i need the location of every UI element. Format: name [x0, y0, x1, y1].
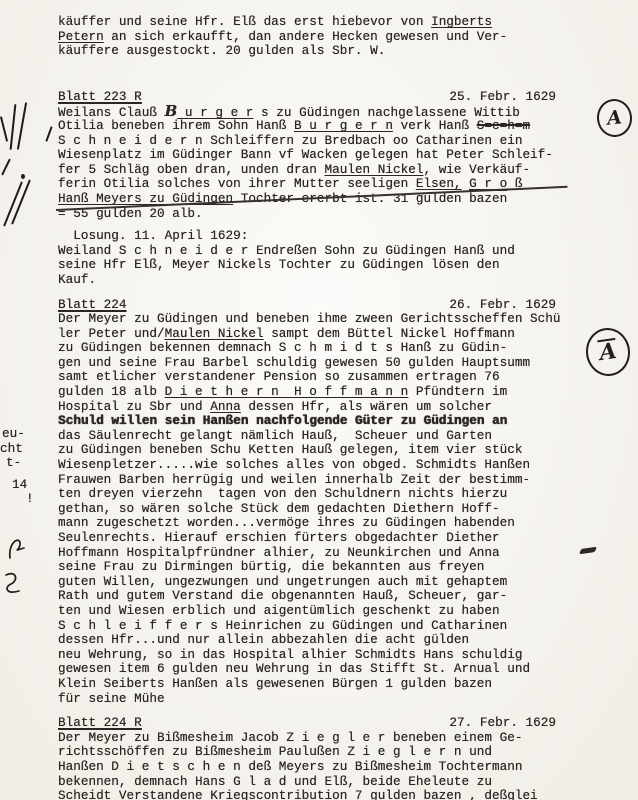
text-segment: ten dreyen vierzehn tagen von den Schuld… [58, 486, 507, 501]
text-segment: Der Meyer zu Güdingen und beneben ihme z… [58, 311, 561, 326]
text-line: = 55 gulden 20 alb. [58, 207, 570, 222]
entry-heading: Blatt 224 R [58, 716, 142, 731]
text-line: gewesen item 6 gulden neu Wehrung in das… [58, 662, 570, 677]
text-line: Rath und gutem Verstand die obgenannten … [58, 589, 570, 604]
text-line: für seine Mühe [58, 692, 570, 707]
text-segment: D i e t h e r n H o f f m a n n [165, 384, 409, 399]
text-segment: Klein Seiberts Hanßen als gewesenen Bürg… [58, 676, 492, 691]
text-line: gen und seine Frau Barbel schuldig gewes… [58, 356, 570, 371]
text-segment: Pfündtern im [408, 384, 507, 399]
text-segment: neu Wehrung, so in das Hospital alhier S… [58, 647, 522, 662]
text-segment: Kauf. [58, 272, 96, 287]
text-segment: Otilia beneben ihrem Sohn Hanß [58, 118, 294, 133]
text-segment: verk Hanß [393, 118, 477, 133]
entry-heading: Blatt 223 R [58, 90, 142, 105]
text-line: Hoffmann Hospitalpfründner alhier, zu Ne… [58, 546, 570, 561]
text-segment: sampt dem Büttel Nickel Hoffmann [264, 326, 515, 341]
text-line: S c h l e i f f e r s Heinrichen zu Güdi… [58, 619, 570, 634]
text-line: das Säulenrecht gelangt nämlich Hauß, Sc… [58, 429, 570, 444]
text-line: guten Willen, ungezwungen und ungetrunge… [58, 575, 570, 590]
text-segment: S=c=h=m [477, 118, 530, 133]
text-line: ler Peter und/Maulen Nickel sampt dem Bü… [58, 327, 570, 342]
text-segment: dessen Hfr...und nur allein abbezahlen d… [58, 632, 469, 647]
text-segment: Wiesenpletzer.....wie solches alles von … [58, 457, 530, 472]
text-segment: Petern [58, 29, 104, 44]
text-segment: mann zugeschetzt worden...vermöge ihres … [58, 515, 515, 530]
ink-smudge [579, 547, 597, 555]
text-line: Hospital zu Sbr und Anna dessen Hfr, als… [58, 400, 570, 415]
text-segment: Rath und gutem Verstand die obgenannten … [58, 588, 507, 603]
text-line: neu Wehrung, so in das Hospital alhier S… [58, 648, 570, 663]
text-segment: S c h l e i f f e r s Heinrichen zu Güdi… [58, 618, 507, 633]
handwritten-mark [6, 534, 28, 562]
text-line: Schuld willen sein Hanßen nachfolgende G… [58, 414, 570, 429]
text-segment: fer 5 Schläg oben dran, unden dran [58, 162, 324, 177]
margin-fragment: eu- [2, 426, 25, 441]
entry-date: 27. Febr. 1629 [449, 716, 556, 731]
pen-stroke [45, 126, 52, 142]
text-segment: zu Güdingen beneben Schu Ketten Hauß gel… [58, 442, 522, 457]
text-line: bekennen, demnach Hans G l a d und Elß, … [58, 775, 570, 790]
text-line: Otilia beneben ihrem Sohn Hanß B u r g e… [58, 119, 570, 134]
text-segment: B u r g e r n [294, 118, 393, 133]
text-line: Weilans Clauß B u r g e r s zu Güdingen … [58, 104, 570, 119]
pen-stroke [10, 104, 17, 150]
text-line: Seulenrechts. Hierauf erschien fürters o… [58, 531, 570, 546]
entry-date: 26. Febr. 1629 [449, 298, 556, 313]
text-segment: richtsschöffen zu Bißmesheim Paulußen Z … [58, 744, 492, 759]
text-segment: Schuld willen sein Hanßen nachfolgende G… [58, 413, 507, 428]
text-line: Der Meyer zu Bißmesheim Jacob Z i e g l … [58, 731, 570, 746]
text-segment: Anna [210, 399, 240, 414]
text-line: Wiesenplatz im Güdinger Bann vf Wacken g… [58, 148, 570, 163]
text-line: ten und Wiesen erblich und aigentümlich … [58, 604, 570, 619]
text-line: S c h n e i d e r n Schleiffern zu Bredb… [58, 134, 570, 149]
entry-header: Blatt 22426. Febr. 1629 [58, 298, 570, 313]
text-segment: Maulen Nickel [165, 326, 264, 341]
text-segment: Hanßen D i e t s c h e n deß Meyers zu B… [58, 759, 522, 774]
text-line: mann zugeschetzt worden...vermöge ihres … [58, 516, 570, 531]
paragraph-top: käuffer und seine Hfr. Elß das erst hieb… [58, 15, 570, 59]
text-segment: ler Peter und/ [58, 326, 165, 341]
text-segment: Weiland S c h n e i d e r Endreßen Sohn … [58, 243, 515, 258]
text-segment: Hospital zu Sbr und [58, 399, 210, 414]
text-segment: Maulen Nickel [324, 162, 423, 177]
margin-fragment: ! [26, 491, 34, 506]
text-line: seine Frau zu Dirmingen bürtig, die beka… [58, 560, 570, 575]
margin-fragment: cht [0, 441, 23, 456]
text-line: Frauwen Barben herrügig und weilen inner… [58, 473, 570, 488]
text-segment: Hoffmann Hospitalpfründner alhier, zu Ne… [58, 545, 500, 560]
text-line: zu Güdingen beneben Schu Ketten Hauß gel… [58, 443, 570, 458]
text-segment: Ingberts [431, 14, 492, 29]
text-segment: Seulenrechts. Hierauf erschien fürters o… [58, 530, 500, 545]
text-segment: Elsen, [416, 176, 462, 191]
entry-losung: Losung. 11. April 1629:Weiland S c h n e… [58, 229, 570, 287]
pen-stroke [17, 102, 27, 150]
text-segment: gewesen item 6 gulden neu Wehrung in das… [58, 661, 530, 676]
text-line: Scheidt Verstandene Kriegscontribution 7… [58, 789, 570, 800]
text-segment: käuffer und seine Hfr. Elß das erst hieb… [58, 14, 431, 29]
text-line: ten dreyen vierzehn tagen von den Schuld… [58, 487, 570, 502]
circled-a-annotation: A [595, 97, 634, 138]
text-segment: Scheidt Verstandene Kriegscontribution 7… [58, 788, 538, 800]
circled-letter: A [606, 106, 623, 129]
text-line: dessen Hfr...und nur allein abbezahlen d… [58, 633, 570, 648]
text-line: richtsschöffen zu Bißmesheim Paulußen Z … [58, 745, 570, 760]
text-line: Klein Seiberts Hanßen als gewesenen Bürg… [58, 677, 570, 692]
margin-fragment: 14 [12, 477, 27, 492]
entry-heading: Blatt 224 [58, 298, 127, 313]
text-line: Kauf. [58, 273, 570, 288]
typewritten-text-column: käuffer und seine Hfr. Elß das erst hieb… [58, 15, 570, 800]
entry-224r: Blatt 224 R27. Febr. 1629Der Meyer zu Bi… [58, 716, 570, 800]
text-segment: bekennen, demnach Hans G l a d und Elß, … [58, 774, 492, 789]
circled-letter: A [598, 338, 619, 366]
text-segment: Losung. 11. April 1629: [58, 228, 248, 243]
text-line: gethan, so wären solche Stück dem gedach… [58, 502, 570, 517]
text-segment: für seine Mühe [58, 691, 165, 706]
text-segment: samt etlicher verstandener Pension so zu… [58, 369, 500, 384]
text-segment: gen und seine Frau Barbel schuldig gewes… [58, 355, 530, 370]
text-segment: an sich erkaufft, dan andere Hecken gewe… [104, 29, 508, 44]
pen-stroke [0, 116, 8, 142]
text-segment: gethan, so wären solche Stück dem gedach… [58, 501, 500, 516]
text-line: Hanßen D i e t s c h e n deß Meyers zu B… [58, 760, 570, 775]
text-line: käuffere ausgestockt. 20 gulden als Sbr.… [58, 44, 570, 59]
text-segment: , wie Verkäuf- [423, 162, 530, 177]
text-segment: Frauwen Barben herrügig und weilen inner… [58, 472, 530, 487]
entry-header: Blatt 224 R27. Febr. 1629 [58, 716, 570, 731]
handwritten-mark [2, 568, 24, 598]
text-line: käuffer und seine Hfr. Elß das erst hieb… [58, 15, 570, 30]
entry-223r: Blatt 223 R25. Febr. 1629Weilans Clauß B… [58, 90, 570, 221]
text-segment: Der Meyer zu Bißmesheim Jacob Z i e g l … [58, 730, 522, 745]
text-segment: S c h n e i d e r n Schleiffern zu Bredb… [58, 133, 522, 148]
text-segment: guten Willen, ungezwungen und ungetrunge… [58, 574, 507, 589]
text-line: samt etlicher verstandener Pension so zu… [58, 370, 570, 385]
document-scan-page: käuffer und seine Hfr. Elß das erst hieb… [0, 0, 638, 800]
text-line: Wiesenpletzer.....wie solches alles von … [58, 458, 570, 473]
entry-date: 25. Febr. 1629 [449, 90, 556, 105]
text-segment: bazen [469, 191, 507, 206]
text-segment: ten und Wiesen erblich und aigentümlich … [58, 603, 500, 618]
text-line: seine Hfr Elß, Meyer Nickels Tochter zu … [58, 258, 570, 273]
text-segment: seine Frau zu Dirmingen bürtig, die beka… [58, 559, 484, 574]
circled-a-annotation: A [583, 325, 633, 379]
text-segment: das Säulenrecht gelangt nämlich Hauß, Sc… [58, 428, 492, 443]
pen-dot [21, 174, 25, 179]
text-line: Losung. 11. April 1629: [58, 229, 570, 244]
text-segment: ferin Otilia solches von ihrer Mutter se… [58, 176, 416, 191]
text-segment: dessen Hfr, als wären um solcher [241, 399, 492, 414]
margin-fragment: t- [6, 455, 21, 470]
text-segment: gulden 18 alb [58, 384, 165, 399]
entry-header: Blatt 223 R25. Febr. 1629 [58, 90, 570, 105]
text-line: Petern an sich erkaufft, dan andere Heck… [58, 30, 570, 45]
text-line: zu Güdingen bekennen demnach S c h m i d… [58, 341, 570, 356]
text-segment: käuffere ausgestockt. 20 gulden als Sbr.… [58, 43, 385, 58]
text-line: Weiland S c h n e i d e r Endreßen Sohn … [58, 244, 570, 259]
text-segment: seine Hfr Elß, Meyer Nickels Tochter zu … [58, 257, 500, 272]
text-segment: Wiesenplatz im Güdinger Bann vf Wacken g… [58, 147, 553, 162]
text-line: Der Meyer zu Güdingen und beneben ihme z… [58, 312, 570, 327]
text-line: fer 5 Schläg oben dran, unden dran Maule… [58, 163, 570, 178]
text-line: gulden 18 alb D i e t h e r n H o f f m … [58, 385, 570, 400]
pen-stroke [1, 158, 11, 175]
entry-224: Blatt 22426. Febr. 1629Der Meyer zu Güdi… [58, 298, 570, 707]
text-segment: zu Güdingen bekennen demnach S c h m i d… [58, 340, 507, 355]
